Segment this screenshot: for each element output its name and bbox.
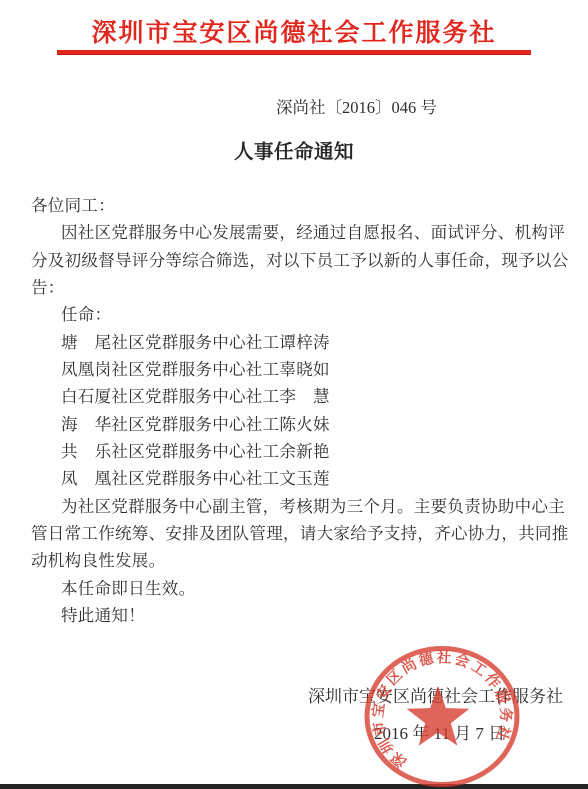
doc-number: 深尚社〔2016〕046 号 [276,94,437,118]
body-line: 本任命即日生效。 [31,575,565,602]
doc-title: 人事任命通知 [0,136,588,164]
body-line: 为社区党群服务中心副主管，考核期为三个月。主要负责协助中心主 [31,493,565,520]
body-line: 任命： [31,301,565,328]
body-line: 各位同工： [31,192,565,219]
seal-arc-text: 深圳市宝安区尚德社会工作服务社 [368,648,515,771]
seal-ring [367,649,517,785]
signature-date: 2016 年 11 月 7 日 [374,719,505,744]
body-line: 管日常工作统筹、安排及团队管理，请大家给予支持，齐心协力，共同推 [31,520,565,547]
body-line: 动机构良性发展。 [31,547,565,574]
signature-org-name: 深圳市宝安区尚德社会工作服务社 [308,682,563,707]
page-bottom-edge [0,784,588,789]
body-line: 特此通知！ [31,602,565,629]
body-line: 凤 凰社区党群服务中心社工文玉莲 [31,465,565,492]
document-page: 深圳市宝安区尚德社会工作服务社 深尚社〔2016〕046 号 人事任命通知 各位… [0,0,588,789]
body-line: 告： [31,274,565,301]
body-line: 海 华社区党群服务中心社工陈火妹 [31,411,565,438]
official-seal: 深圳市宝安区尚德社会工作服务社 [356,627,530,789]
body-line: 因社区党群服务中心发展需要，经通过自愿报名、面试评分、机构评 [31,219,565,246]
body-line: 凤凰岗社区党群服务中心社工辜晓如 [31,356,565,383]
document-body: 各位同工： 因社区党群服务中心发展需要，经通过自愿报名、面试评分、机构评 分及初… [31,192,565,630]
body-line: 白石厦社区党群服务中心社工李 慧 [31,383,565,410]
body-line: 塘 尾社区党群服务中心社工谭梓涛 [31,329,565,356]
body-line: 共 乐社区党群服务中心社工余新艳 [31,438,565,465]
body-line: 分及初级督导评分等综合筛选，对以下员工予以新的人事任命，现予以公 [31,247,565,274]
letterhead-rule [57,50,531,55]
letterhead-org-name: 深圳市宝安区尚德社会工作服务社 [0,13,588,49]
seal-arc-text-wrap: 深圳市宝安区尚德社会工作服务社 [368,648,515,771]
